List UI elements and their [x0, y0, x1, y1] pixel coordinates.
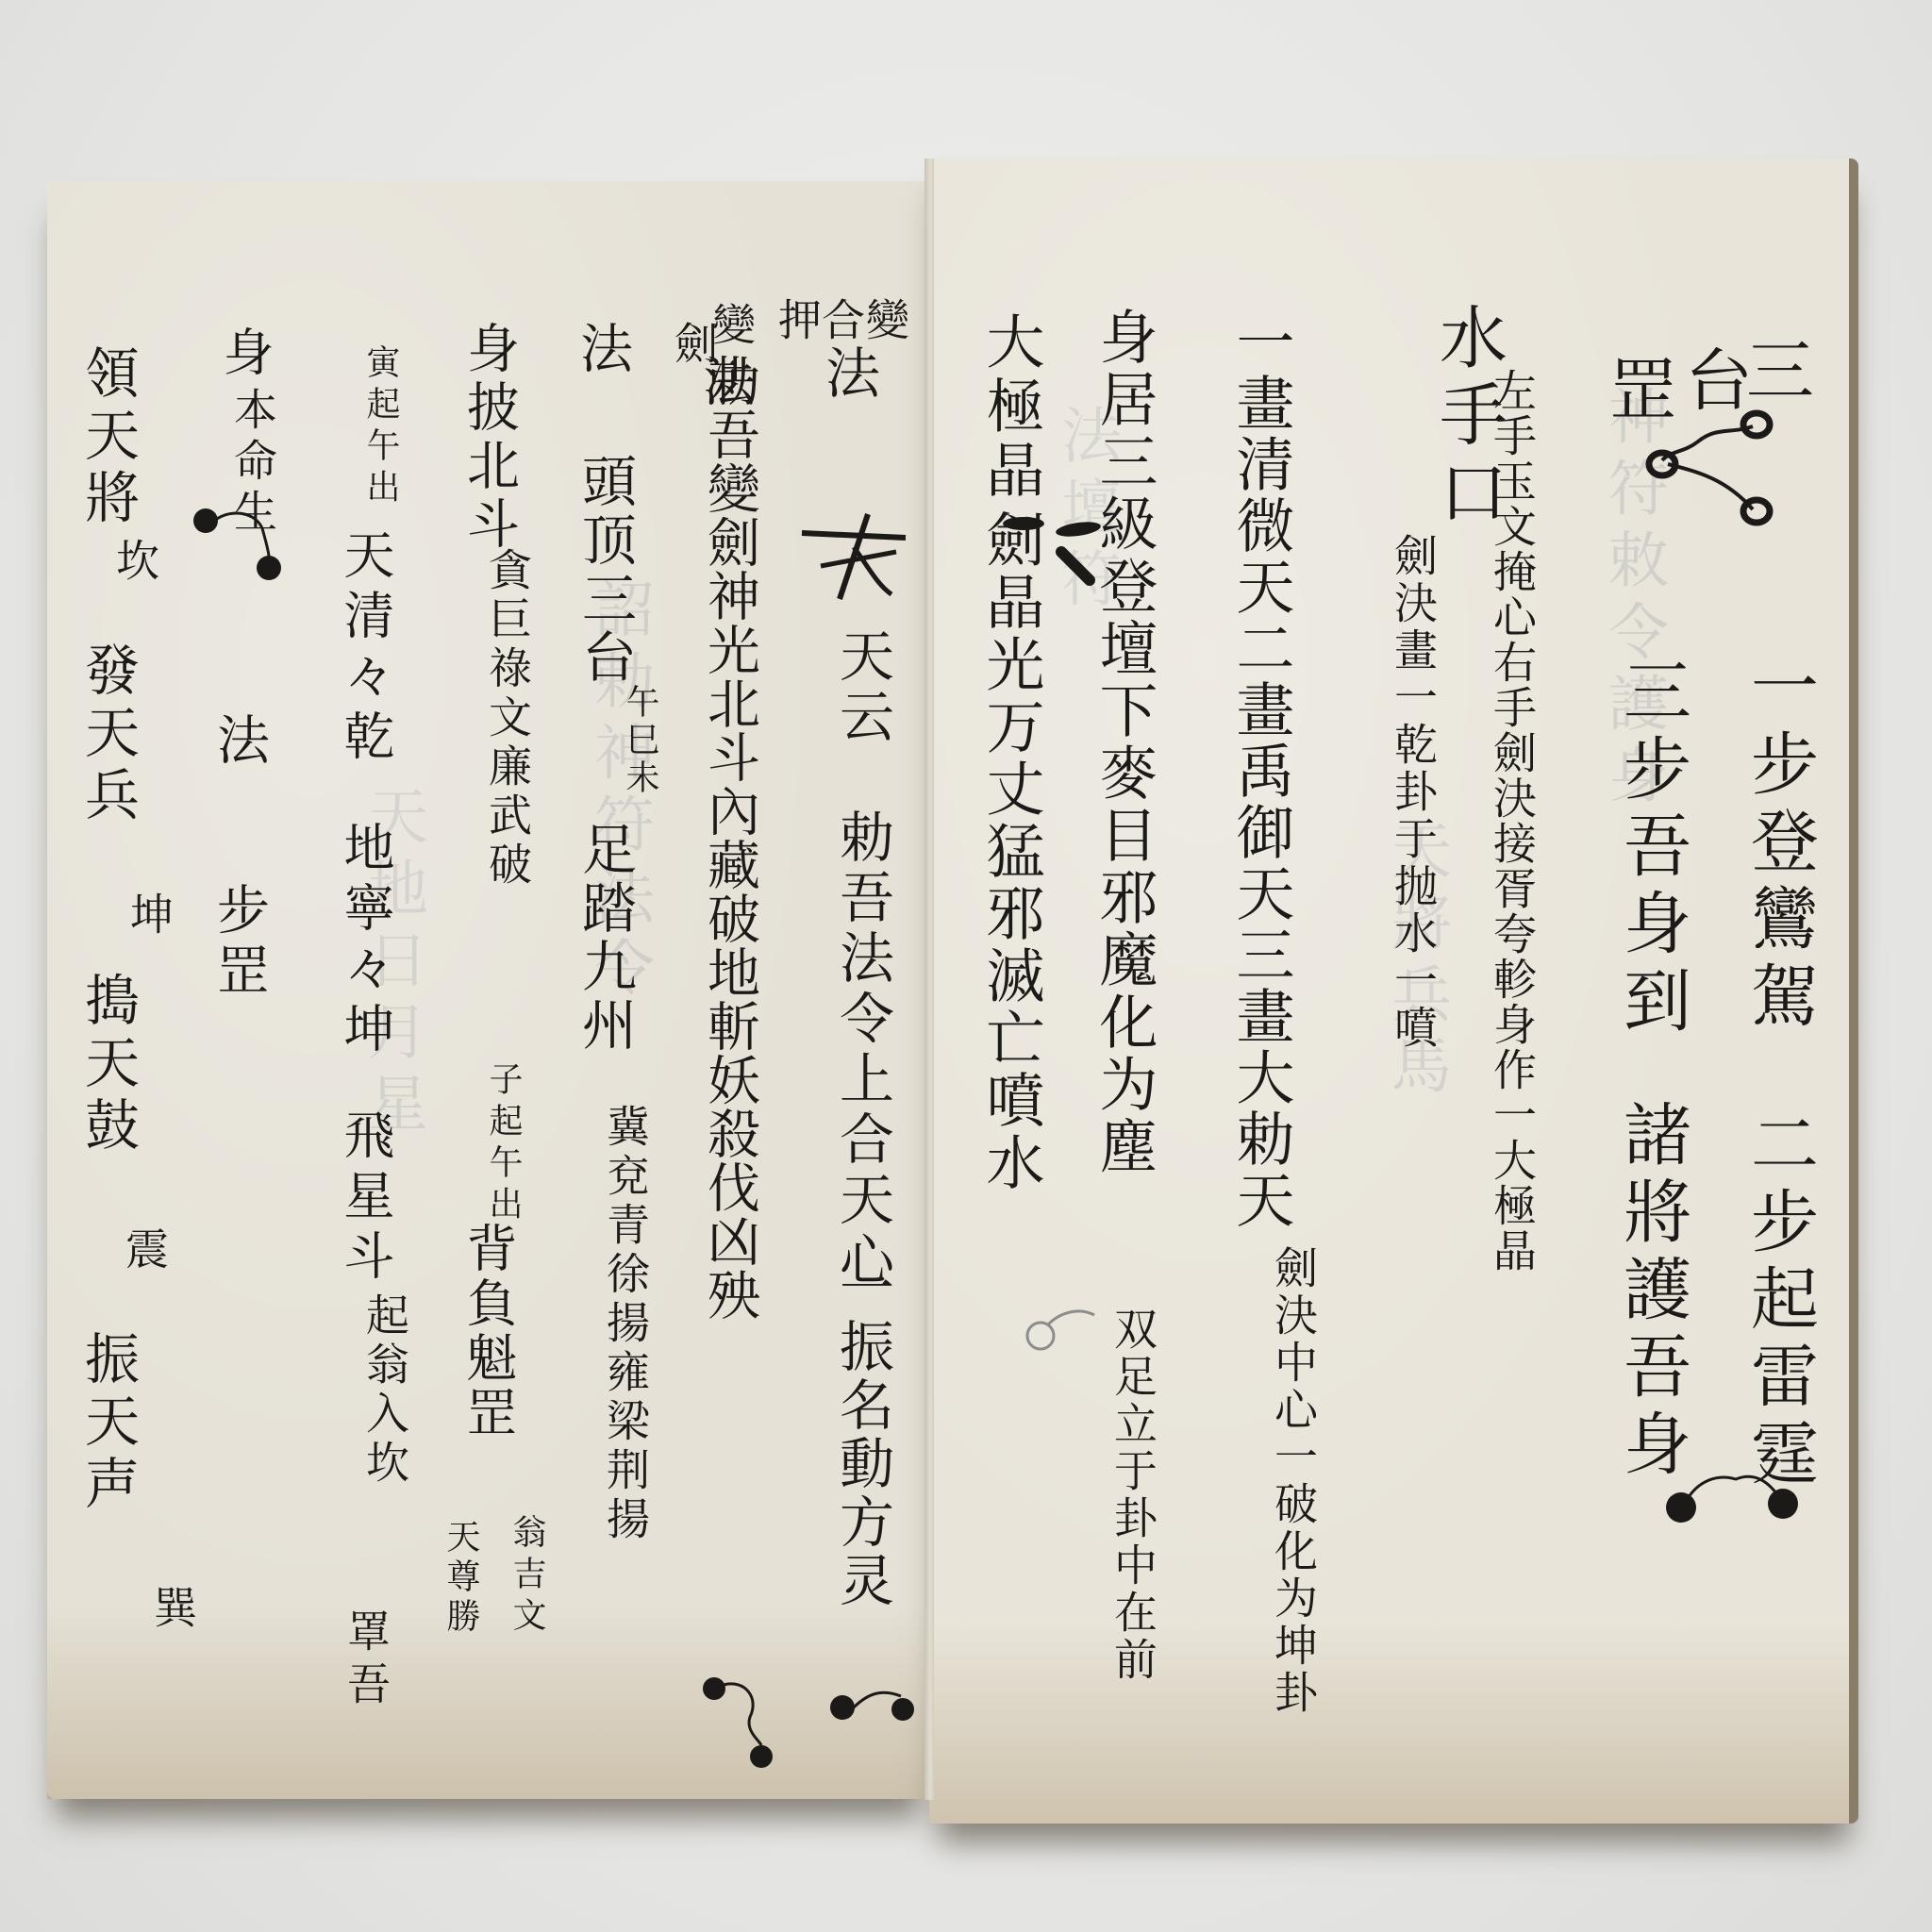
cloak-big-dipper-line: 身披北斗 [462, 321, 515, 555]
sword-symbol-icon [783, 509, 924, 623]
trigram-kun: 坤 [127, 891, 171, 941]
branches-note: 午巳未 [623, 684, 657, 797]
generals-protect-line: 諸將護吾身 [1618, 1099, 1686, 1486]
sword-spirit-line-text: 勅吾變劍神光北斗內藏破地斬妖殺伐凶殃 [703, 354, 756, 1322]
sword-light-line: 劍晶光万丈猛邪滅亡噴水 [981, 509, 1040, 1194]
nine-provinces-list: 冀兗青徐揚雍梁荆揚 [604, 1104, 647, 1545]
seven-stars-list: 貪巨祿文廉武破 [486, 547, 529, 891]
left-hand-instruction: 左手玉文掩心右手劍決接胥夸軫身作一大極晶 [1491, 368, 1534, 1274]
earth-calm-line: 地寧々坤 [340, 821, 391, 1062]
trigram-xun: 巽 [151, 1585, 194, 1634]
bugang-label: 步罡 [212, 882, 265, 1003]
dispatch-soldiers-line: 發天兵 [80, 641, 135, 828]
beat-drum-line: 搗天鼓 [80, 972, 135, 1158]
book-gutter [924, 158, 934, 1800]
shake-voice-line: 振天声 [80, 1330, 135, 1517]
zi-rise-wu-exit-note: 子起午出 [486, 1061, 520, 1227]
step-one-line: 一步登鸞駕 [1745, 651, 1813, 1038]
head-three-stars-line: 頭顶三台 [577, 453, 632, 687]
heading-char-he: 合 [819, 297, 862, 346]
brush-mark-icon [995, 514, 1099, 599]
tianzun-note: 天尊勝 [443, 1519, 477, 1638]
trigram-kan: 坎 [113, 538, 157, 587]
heaven-says-line: 天云 勅吾法令上合天心 [835, 627, 890, 1291]
two-dots-diagram-bottom-icon [825, 1670, 929, 1726]
heaven-clear-line: 天清々乾 [340, 528, 391, 770]
feet-stand-line: 双足立于卦中在前 [1111, 1307, 1155, 1684]
faint-star-diagram-icon [1024, 1302, 1099, 1368]
cover-me-line: 罩吾 [344, 1608, 388, 1714]
two-stars-diagram-icon [1660, 1462, 1802, 1538]
three-stars-diagram-icon [1641, 406, 1792, 547]
flying-star-line: 飛星斗 [340, 1108, 391, 1290]
step-three-line: 三步吾身到 [1618, 656, 1686, 1042]
three-strokes-heavens-line: 一畫清微天二畫禹御天三畫大勅天 [1231, 311, 1290, 1231]
wengjiwen-note: 翁吉文 [509, 1514, 543, 1639]
sword-center-break-line: 劍決中心一破化为坤卦 [1272, 1245, 1315, 1717]
one-shake-line: 一振名動方灵 [835, 1259, 890, 1610]
fa-heading-char: 法 [575, 321, 628, 383]
three-levels-altar-line: 身居三級登壇下麥目邪魔化为塵 [1094, 307, 1153, 1178]
enter-kan-line: 起翁入坎 [363, 1292, 407, 1489]
trigram-zhen: 震 [123, 1226, 166, 1275]
lead-generals-line: 領天將 [80, 344, 135, 531]
two-dots-diagram-mid-icon [693, 1670, 807, 1774]
shen-char: 身 [219, 325, 270, 386]
step-two-line: 二步起雷霆 [1745, 1108, 1813, 1495]
two-dots-diagram-left-icon [189, 500, 292, 594]
feet-nine-provinces-line: 足踏九州 [577, 821, 632, 1055]
heading-char-fa: 法 [821, 344, 875, 408]
yin-rise-wu-exit-note: 寅起午出 [363, 344, 397, 510]
fa-char-left: 法 [212, 712, 265, 774]
back-kuigang-line: 背負魁罡 [462, 1222, 513, 1441]
great-ultimate-heading: 大極晶 [981, 311, 1040, 504]
sword-gesture-instruction: 劍決畫一乾卦于抛水一噴 [1391, 533, 1435, 1052]
heading-char-ya: 押 [775, 297, 819, 346]
heading-char-bian: 變 [863, 297, 907, 346]
